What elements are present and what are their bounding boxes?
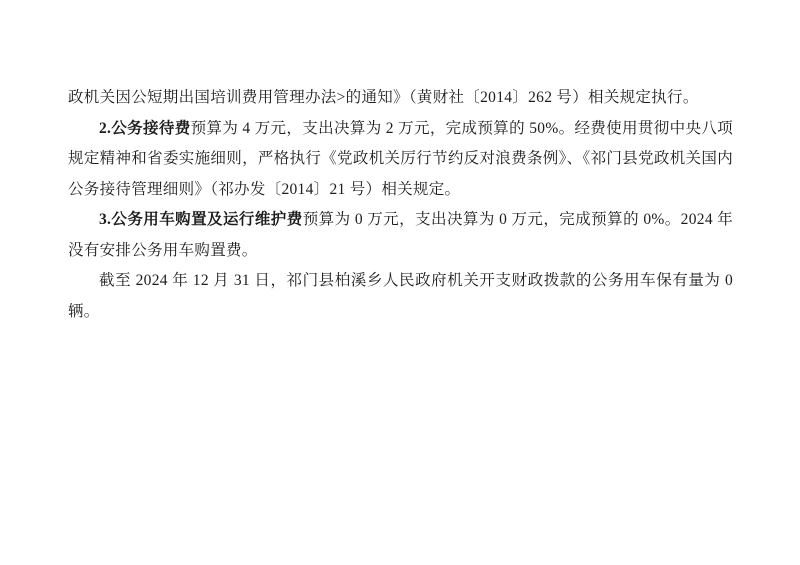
paragraph-official-reception-expense: 2.公务接待费预算为 4 万元，支出决算为 2 万元，完成预算的 50%。经费使… xyxy=(68,114,733,206)
paragraph-vehicle-holdings: 截至 2024 年 12 月 31 日，祁门县柏溪乡人民政府机关开支财政拨款的公… xyxy=(68,266,733,327)
paragraph-training-regulation-continuation: 政机关因公短期出国培训费用管理办法>的通知》（黄财社〔2014〕262 号）相关… xyxy=(68,83,733,114)
paragraph-text: 截至 2024 年 12 月 31 日，祁门县柏溪乡人民政府机关开支财政拨款的公… xyxy=(68,272,733,320)
paragraph-text: 政机关因公短期出国培训费用管理办法>的通知》（黄财社〔2014〕262 号）相关… xyxy=(68,89,699,106)
term-official-vehicle-expense: 3.公务用车购置及运行维护费 xyxy=(99,211,303,228)
paragraph-official-vehicle-expense: 3.公务用车购置及运行维护费预算为 0 万元，支出决算为 0 万元，完成预算的 … xyxy=(68,205,733,266)
term-official-reception-expense: 2.公务接待费 xyxy=(99,120,191,137)
document-page: 政机关因公短期出国培训费用管理办法>的通知》（黄财社〔2014〕262 号）相关… xyxy=(0,0,800,565)
